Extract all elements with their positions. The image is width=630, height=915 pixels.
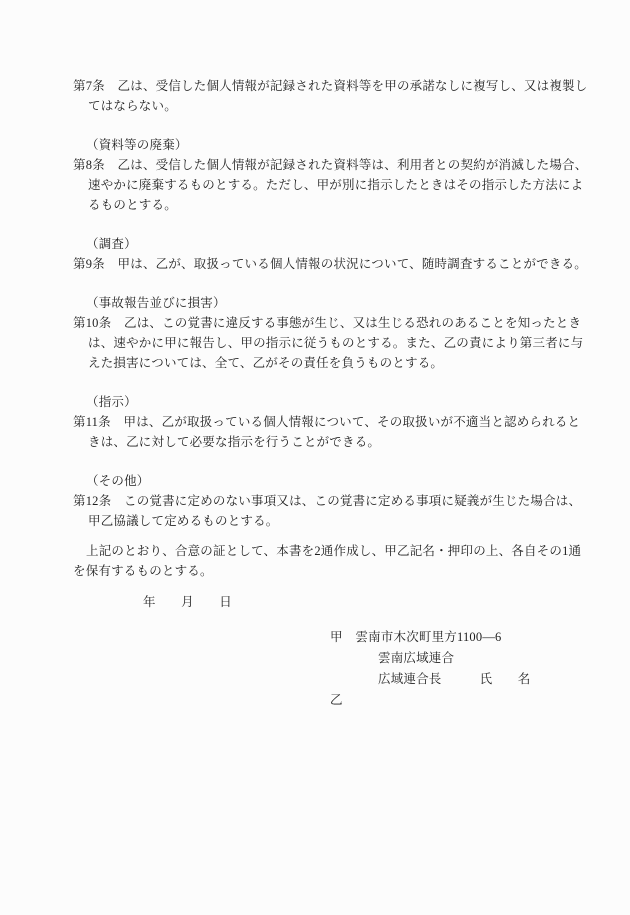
article-8-line-2: 速やかに廃棄するものとする。ただし、甲が別に指示したときはその指示した方法によ [73, 175, 590, 195]
article-10-line-1: 第10条 乙は、この覚書に違反する事態が生じ、又は生じる恐れのあることを知ったと… [73, 313, 590, 333]
article-7-line-2: てはならない。 [73, 96, 590, 116]
document-page: 第7条 乙は、受信した個人情報が記録された資料等を甲の承諾なしに複写し、又は複製… [0, 0, 630, 915]
article-8-line-3: るものとする。 [73, 195, 590, 215]
signature-block: 甲 雲南市木次町里方1100―6 雲南広域連合 広域連合長 氏 名 乙 [73, 627, 590, 711]
section-investigation-heading: （調査） [73, 234, 590, 254]
article-9-line-1: 第9条 甲は、乙が、取扱っている個人情報の状況について、随時調査することができる… [73, 254, 590, 274]
section-incident-report-heading: （事故報告並びに損害） [73, 293, 590, 313]
closing-paragraph: 上記のとおり、合意の証として、本書を2通作成し、甲乙記名・押印の上、各自その1通… [73, 541, 590, 581]
article-8-line-1: 第8条 乙は、受信した個人情報が記録された資料等は、利用者との契約が消滅した場合… [73, 155, 590, 175]
article-12-line-1: 第12条 この覚書に定めのない事項又は、この覚書に定める事項に疑義が生じた場合は… [73, 491, 590, 511]
party-a-organization: 雲南広域連合 [73, 648, 590, 669]
article-11-line-1: 第11条 甲は、乙が取扱っている個人情報について、その取扱いが不適当と認められる… [73, 412, 590, 432]
party-a-title-and-name: 広域連合長 氏 名 [73, 669, 590, 690]
article-10-line-3: えた損害については、全て、乙がその責任を負うものとする。 [73, 353, 590, 373]
section-instruction: （指示） 第11条 甲は、乙が取扱っている個人情報について、その取扱いが不適当と… [73, 392, 590, 452]
section-incident-report: （事故報告並びに損害） 第10条 乙は、この覚書に違反する事態が生じ、又は生じる… [73, 293, 590, 373]
article-10-line-2: は、速やかに甲に報告し、甲の指示に従うものとする。また、乙の責により第三者に与 [73, 333, 590, 353]
article-12-line-2: 甲乙協議して定めるものとする。 [73, 511, 590, 531]
date-line: 年 月 日 [73, 592, 590, 612]
closing-line-2: を保有するものとする。 [73, 561, 590, 581]
section-disposal: （資料等の廃棄） 第8条 乙は、受信した個人情報が記録された資料等は、利用者との… [73, 135, 590, 215]
section-disposal-heading: （資料等の廃棄） [73, 135, 590, 155]
section-instruction-heading: （指示） [73, 392, 590, 412]
article-7: 第7条 乙は、受信した個人情報が記録された資料等を甲の承諾なしに複写し、又は複製… [73, 76, 590, 116]
section-investigation: （調査） 第9条 甲は、乙が、取扱っている個人情報の状況について、随時調査するこ… [73, 234, 590, 274]
article-11-line-2: きは、乙に対して必要な指示を行うことができる。 [73, 432, 590, 452]
closing-line-1: 上記のとおり、合意の証として、本書を2通作成し、甲乙記名・押印の上、各自その1通 [73, 541, 590, 561]
party-b-label: 乙 [73, 690, 590, 711]
section-misc: （その他） 第12条 この覚書に定めのない事項又は、この覚書に定める事項に疑義が… [73, 471, 590, 531]
section-misc-heading: （その他） [73, 471, 590, 491]
party-a-address-line: 甲 雲南市木次町里方1100―6 [73, 627, 590, 648]
article-7-line-1: 第7条 乙は、受信した個人情報が記録された資料等を甲の承諾なしに複写し、又は複製… [73, 76, 590, 96]
